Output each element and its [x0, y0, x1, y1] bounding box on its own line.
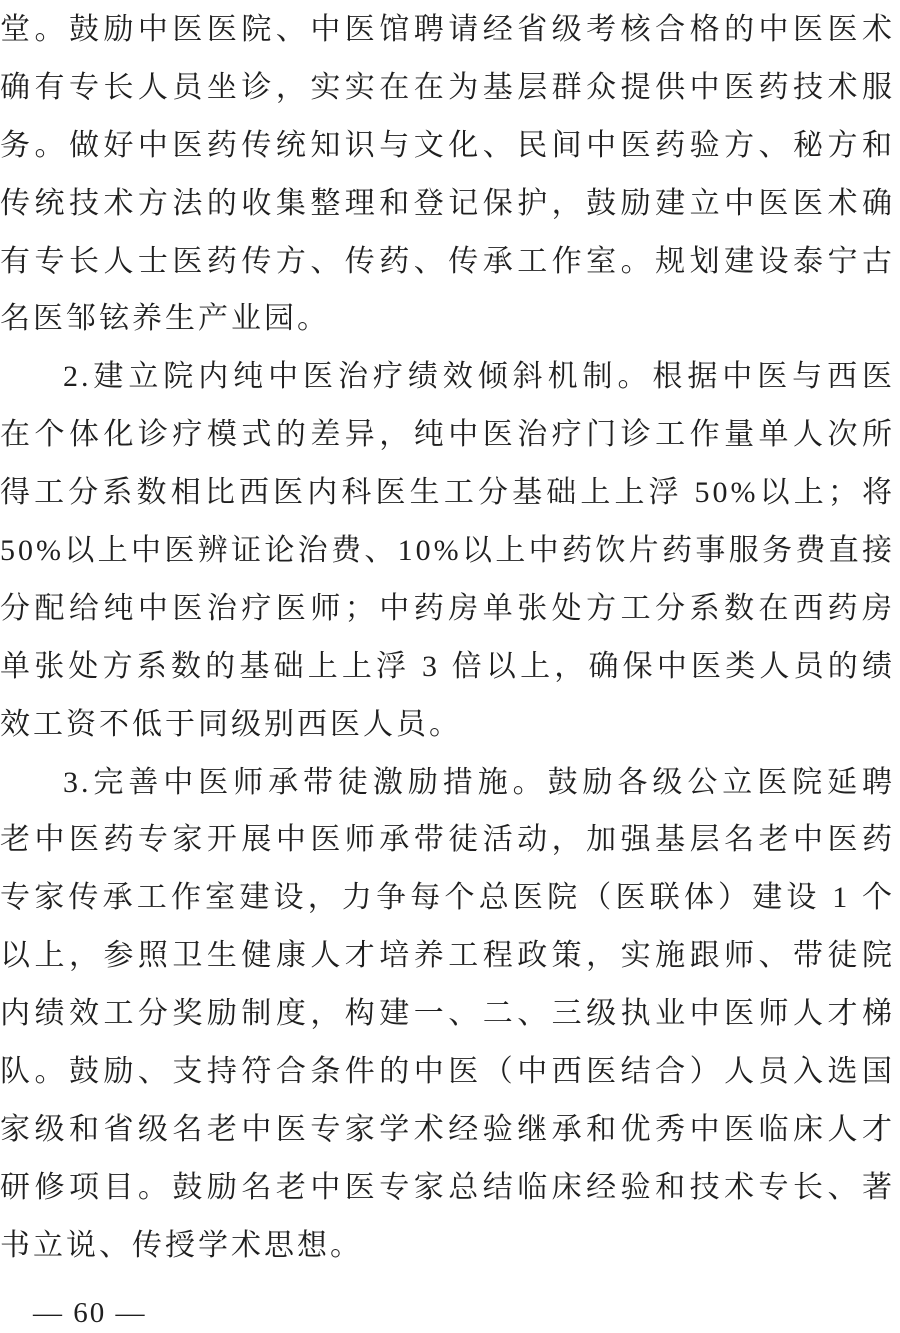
- body-text-line: 确有专长人员坐诊，实实在在为基层群众提供中医药技术服: [0, 59, 895, 117]
- body-text-line: 家级和省级名老中医专家学术经验继承和优秀中医临床人才: [0, 1101, 895, 1159]
- body-text-line: 书立说、传授学术思想。: [0, 1217, 895, 1275]
- body-text-line: 50%以上中医辨证论治费、10%以上中药饮片药事服务费直接: [0, 522, 895, 580]
- body-text-line: 效工资不低于同级别西医人员。: [0, 696, 895, 754]
- body-text-line: 有专长人士医药传方、传药、传承工作室。规划建设泰宁古: [0, 233, 895, 291]
- body-text-line: 名医邹铉养生产业园。: [0, 290, 895, 348]
- body-text-line: 老中医药专家开展中医师承带徒活动，加强基层名老中医药: [0, 811, 895, 869]
- page-number: — 60 —: [33, 1295, 895, 1331]
- body-text-line: 内绩效工分奖励制度，构建一、二、三级执业中医师人才梯: [0, 985, 895, 1043]
- body-text-line: 专家传承工作室建设，力争每个总医院（医联体）建设 1 个: [0, 869, 895, 927]
- body-text-line: 分配给纯中医治疗医师；中药房单张处方工分系数在西药房: [0, 580, 895, 638]
- body-text-line: 2.建立院内纯中医治疗绩效倾斜机制。根据中医与西医: [0, 348, 895, 406]
- body-text-line: 务。做好中医药传统知识与文化、民间中医药验方、秘方和: [0, 117, 895, 175]
- body-text-line: 堂。鼓励中医医院、中医馆聘请经省级考核合格的中医医术: [0, 1, 895, 59]
- body-text-line: 传统技术方法的收集整理和登记保护，鼓励建立中医医术确: [0, 175, 895, 233]
- body-text-line: 队。鼓励、支持符合条件的中医（中西医结合）人员入选国: [0, 1043, 895, 1101]
- body-text-line: 得工分系数相比西医内科医生工分基础上上浮 50%以上；将: [0, 464, 895, 522]
- body-text-line: 3.完善中医师承带徒激励措施。鼓励各级公立医院延聘: [0, 754, 895, 812]
- body-text-line: 在个体化诊疗模式的差异，纯中医治疗门诊工作量单人次所: [0, 406, 895, 464]
- document-page: 堂。鼓励中医医院、中医馆聘请经省级考核合格的中医医术 确有专长人员坐诊，实实在在…: [0, 0, 900, 1333]
- body-text-line: 研修项目。鼓励名老中医专家总结临床经验和技术专长、著: [0, 1159, 895, 1217]
- body-text-line: 以上，参照卫生健康人才培养工程政策，实施跟师、带徒院: [0, 927, 895, 985]
- body-text-line: 单张处方系数的基础上上浮 3 倍以上，确保中医类人员的绩: [0, 638, 895, 696]
